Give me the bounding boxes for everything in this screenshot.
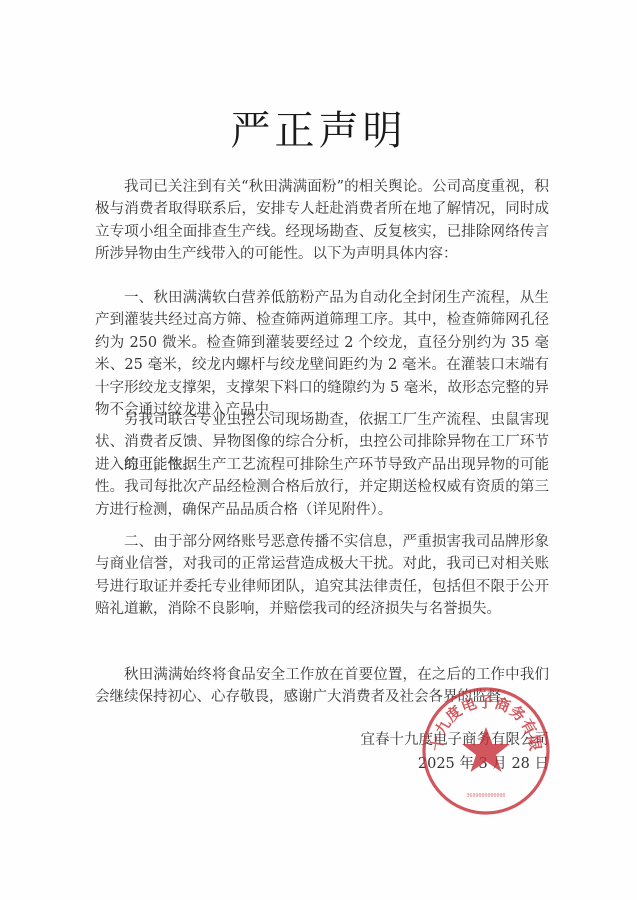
paragraph-text: 综上，依据生产工艺流程可排除生产环节导致产品出现异物的可能性。我司每批次产品经检…: [95, 454, 549, 521]
svg-text:3609000000000: 3609000000000: [466, 793, 505, 799]
paragraph-summary: 综上，依据生产工艺流程可排除生产环节导致产品出现异物的可能性。我司每批次产品经检…: [95, 454, 549, 521]
paragraph-point-one: 一、秋田满满软白营养低筋粉产品为自动化全封闭生产流程，从生产到灌装共经过高方筛、…: [95, 287, 549, 421]
document-title: 严正声明: [0, 106, 637, 156]
paragraph-intro: 我司已关注到有关“秋田满满面粉”的相关舆论。公司高度重视，积极与消费者取得联系后…: [95, 176, 549, 266]
paragraph-point-two: 二、由于部分网络账号恶意传播不实信息，严重损害我司品牌形象与商业信誉，对我司的正…: [95, 531, 549, 621]
paragraph-text: 秋田满满始终将食品安全工作放在首要位置，在之后的工作中我们会继续保持初心、心存敬…: [95, 664, 549, 709]
paragraph-closing: 秋田满满始终将食品安全工作放在首要位置，在之后的工作中我们会继续保持初心、心存敬…: [95, 664, 549, 709]
paragraph-text: 一、秋田满满软白营养低筋粉产品为自动化全封闭生产流程，从生产到灌装共经过高方筛、…: [95, 287, 549, 421]
signature-date: 2025 年 3 月 28 日: [418, 753, 549, 775]
paragraph-text: 二、由于部分网络账号恶意传播不实信息，严重损害我司品牌形象与商业信誉，对我司的正…: [95, 531, 549, 621]
company-signature: 宜春十九度电子商务有限公司: [361, 729, 550, 751]
paragraph-text: 我司已关注到有关“秋田满满面粉”的相关舆论。公司高度重视，积极与消费者取得联系后…: [95, 176, 549, 266]
document-page: 严正声明 我司已关注到有关“秋田满满面粉”的相关舆论。公司高度重视，积极与消费者…: [0, 0, 637, 900]
